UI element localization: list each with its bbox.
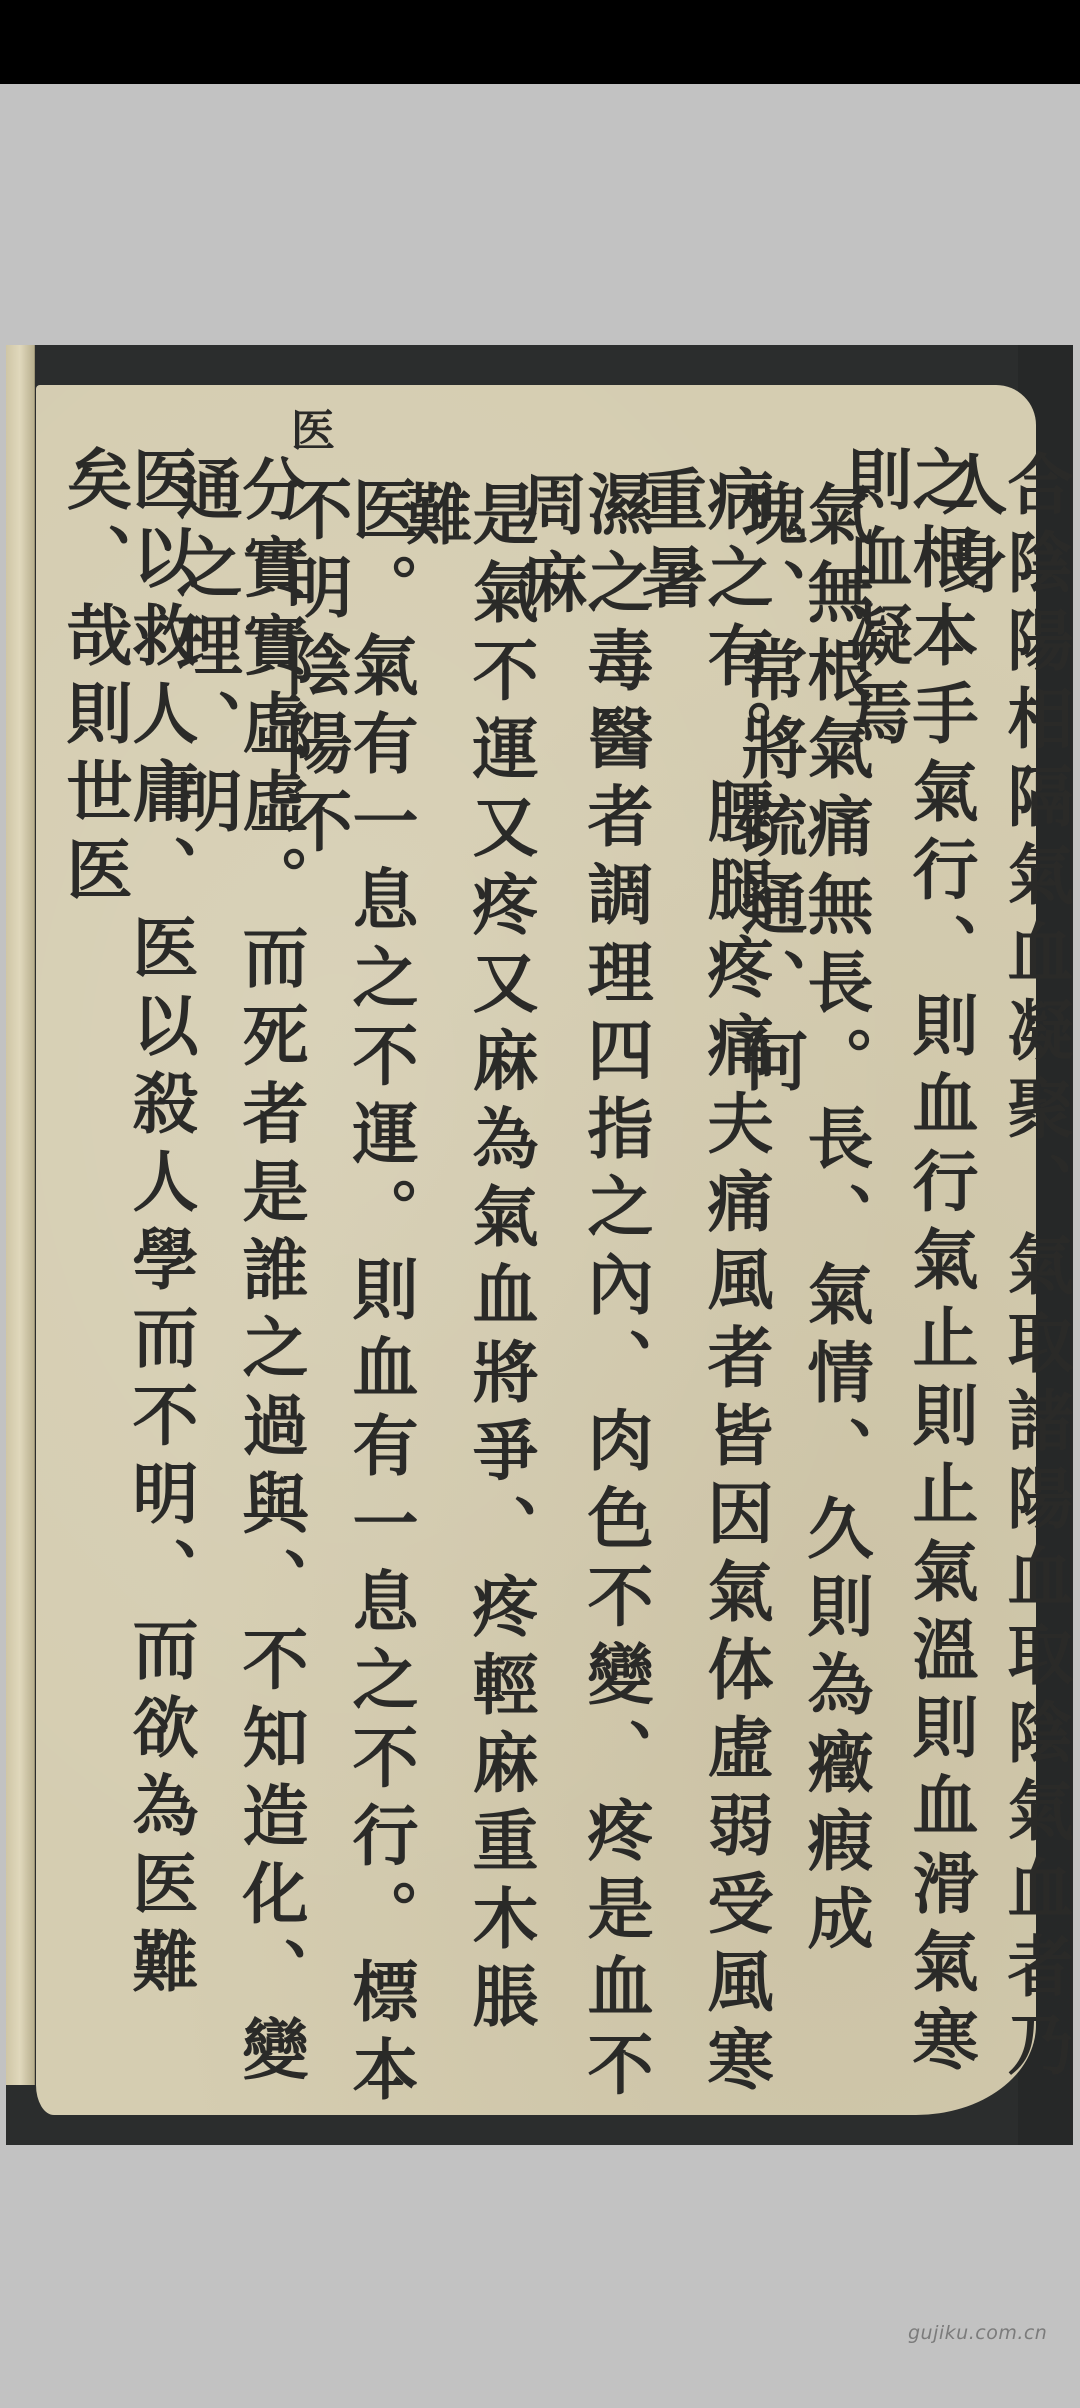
site-watermark: gujiku.com.cn	[908, 2322, 1047, 2344]
text-column-9: 医以救人庸、医以殺人學而不明、而欲為医難矣、哉則世医	[61, 445, 193, 2115]
book-spine	[6, 345, 35, 2085]
manuscript-page-scan: 医 合陰陽相隔氣血凝聚、氣取諸陽血取陰氣血者乃人身 之根本手氣行、則血行氣止則止…	[6, 345, 1073, 2145]
manuscript-paper: 医 合陰陽相隔氣血凝聚、氣取諸陽血取陰氣血者乃人身 之根本手氣行、則血行氣止則止…	[36, 385, 1036, 2115]
text-column-4: 病之有。腰腿疼痛夫痛風者皆因氣体虛弱受風寒重暑	[636, 465, 768, 2115]
header-note: 医	[286, 407, 330, 451]
text-column-6: 是氣不運又疼又麻為氣血將爭、疼輕麻重木脹難	[401, 480, 533, 2115]
viewer-top-bar	[0, 0, 1080, 84]
